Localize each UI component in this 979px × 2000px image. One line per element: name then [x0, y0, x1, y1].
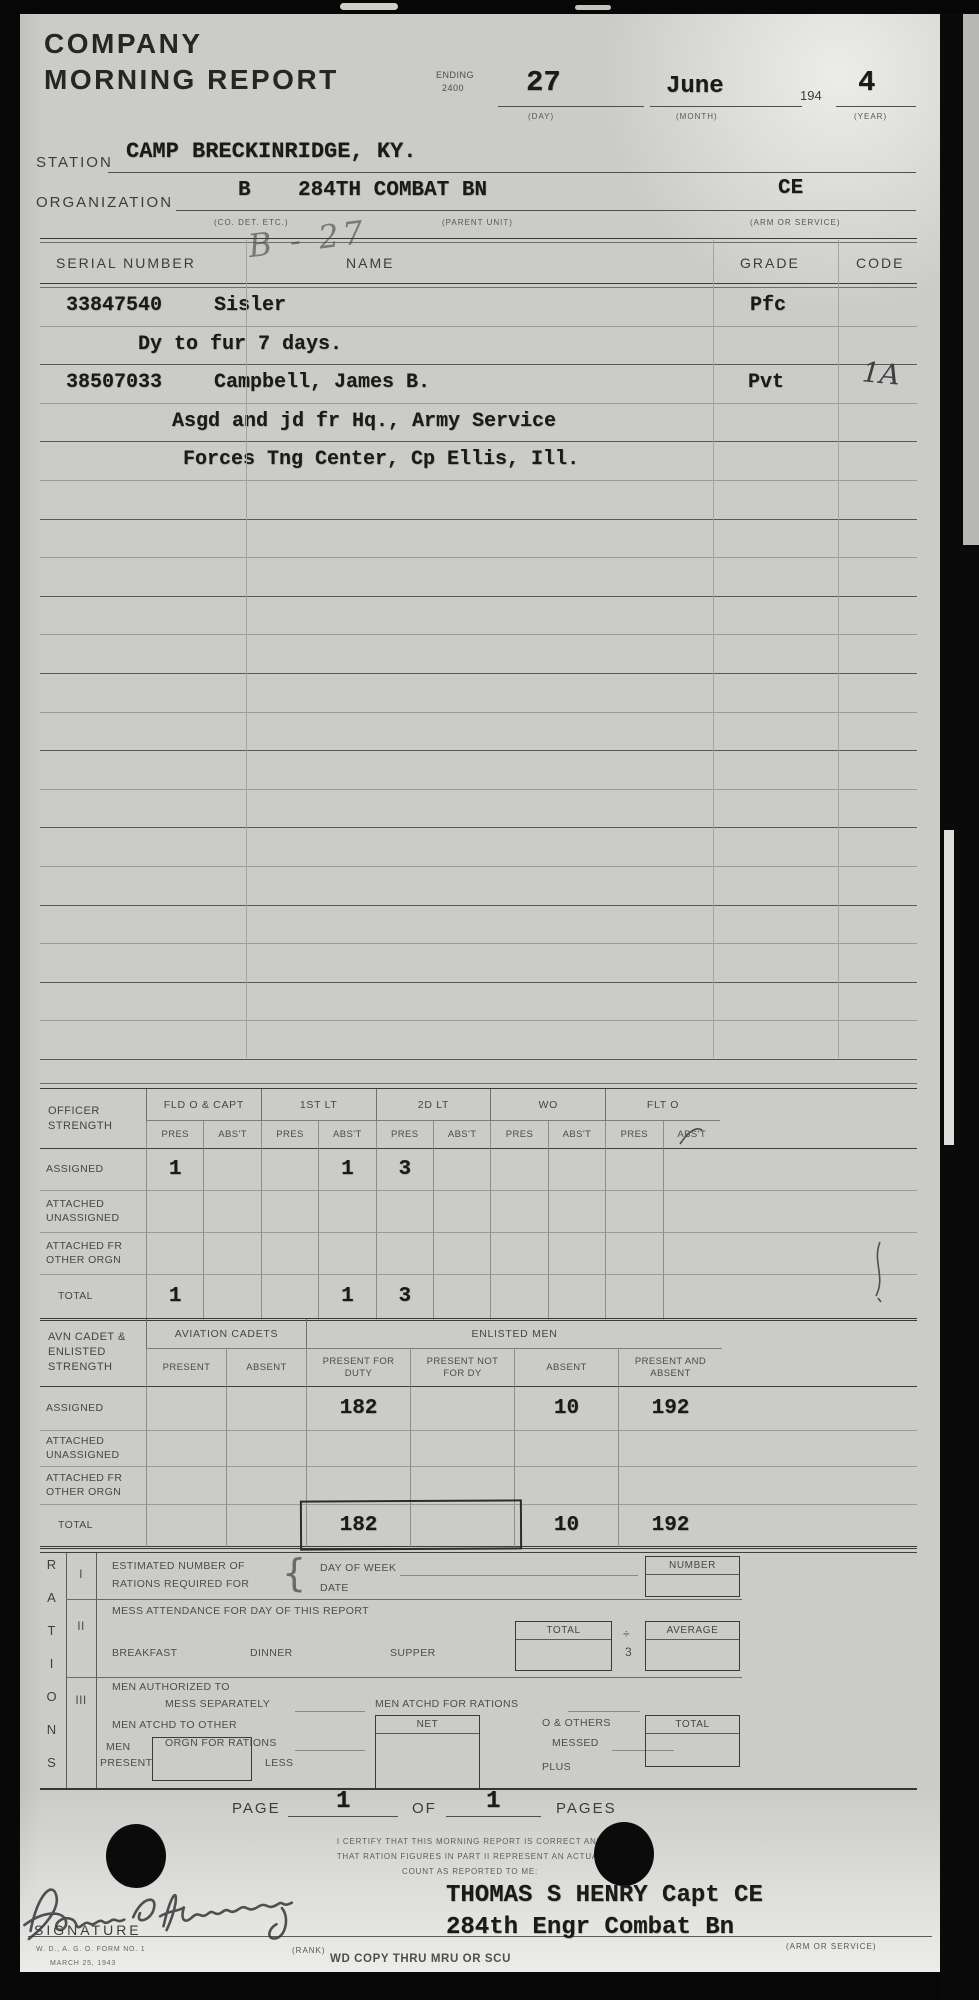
net-box: NET	[375, 1715, 480, 1789]
strength-cell	[226, 1431, 306, 1467]
col-sub-header: PRES	[376, 1121, 433, 1149]
strength-cell	[203, 1275, 260, 1321]
roster-row: Asgd and jd fr Hq., Army Service	[40, 404, 917, 443]
rule-line	[66, 1599, 742, 1600]
roster-table: SERIAL NUMBER NAME GRADE CODE 33847540 S…	[40, 238, 917, 1060]
strength-cell	[306, 1431, 410, 1467]
col-sub-header: PRESENT FOR DUTY	[306, 1349, 410, 1387]
roster-column-divider	[246, 240, 247, 1058]
roster-empty-row	[40, 751, 917, 790]
strength-cell	[433, 1275, 490, 1321]
average-box-label: AVERAGE	[646, 1622, 739, 1640]
plus-label: PLUS	[542, 1761, 571, 1773]
table-margin-cell	[720, 1191, 917, 1233]
form-title-company: COMPANY	[44, 28, 203, 60]
month-underline	[650, 106, 802, 107]
blank-line	[295, 1750, 365, 1751]
roster-empty-row	[40, 944, 917, 983]
col-sub-header: PRES	[605, 1121, 662, 1149]
men-atchd-other-label: MEN ATCHD TO OTHER	[112, 1719, 237, 1731]
col-sub-header: PRES	[146, 1121, 203, 1149]
roster-column-divider	[838, 240, 839, 1058]
o-and-others-label: O & OTHERS	[542, 1717, 611, 1729]
rations-total-box-label: TOTAL	[646, 1716, 739, 1734]
strength-cell	[490, 1149, 547, 1191]
strength-cell: 3	[376, 1149, 433, 1191]
strength-cell	[376, 1233, 433, 1275]
rations-estimated-line1: ESTIMATED NUMBER OF	[112, 1560, 245, 1572]
strength-cell	[663, 1149, 720, 1191]
roster-empty-row	[40, 635, 917, 674]
strength-cell	[548, 1275, 605, 1321]
handwritten-total-box	[300, 1499, 522, 1550]
roster-empty-row	[40, 481, 917, 520]
table-margin-cell	[722, 1467, 917, 1505]
strength-cell	[146, 1431, 226, 1467]
col-sub-header: ABS'T	[318, 1121, 375, 1149]
col-sub-header: ABSENT	[514, 1349, 618, 1387]
number-box-label: NUMBER	[646, 1557, 739, 1575]
strength-row-label: ASSIGNED	[40, 1149, 146, 1191]
rations-date-label: DATE	[320, 1582, 349, 1594]
rations-side-label: RATIONS	[44, 1557, 59, 1788]
less-label: LESS	[265, 1757, 293, 1769]
strength-cell	[410, 1431, 514, 1467]
year-underline	[836, 106, 916, 107]
net-box-label: NET	[376, 1716, 479, 1734]
organization-underline	[176, 210, 916, 211]
officer-col-group: FLD O & CAPT	[146, 1089, 261, 1121]
form-number: W. D., A. G. O. FORM NO. 1	[36, 1946, 145, 1953]
strength-row-label: ASSIGNED	[40, 1387, 146, 1431]
stray-pen-mark	[676, 1122, 706, 1148]
strength-cell: 3	[376, 1275, 433, 1321]
strength-cell	[663, 1233, 720, 1275]
pages-label: PAGES	[556, 1800, 617, 1817]
scan-edge-strip	[944, 830, 954, 1145]
year-prefix: 194	[800, 88, 822, 103]
col-sub-header: PRESENT AND ABSENT	[618, 1349, 722, 1387]
strength-cell	[514, 1431, 618, 1467]
strength-cell	[226, 1467, 306, 1505]
strength-cell	[605, 1191, 662, 1233]
dinner-label: DINNER	[250, 1647, 293, 1659]
page-number-value: 1	[336, 1788, 350, 1815]
scan-edge-top	[0, 0, 979, 14]
strength-row-label: ATTACHED FR OTHER ORGN	[40, 1233, 146, 1275]
day-of-week-blank	[400, 1575, 638, 1576]
station-value: CAMP BRECKINRIDGE, KY.	[126, 139, 416, 164]
breakfast-label: BREAKFAST	[112, 1647, 177, 1659]
strength-cell	[261, 1233, 318, 1275]
col-sub-header: PRESENT NOT FOR DY	[410, 1349, 514, 1387]
organization-parent-sublabel: (PARENT UNIT)	[442, 218, 513, 227]
roster-remark: Dy to fur 7 days.	[138, 333, 342, 356]
messed-label: MESSED	[552, 1737, 599, 1749]
stray-pen-mark	[866, 1238, 892, 1304]
year-value: 4	[858, 66, 875, 99]
col-sub-header: ABS'T	[203, 1121, 260, 1149]
roster-grade: Pvt	[748, 371, 784, 394]
strength-cell	[226, 1505, 306, 1549]
roster-empty-row	[40, 713, 917, 752]
officer-col-group: 1ST LT	[261, 1089, 376, 1121]
organization-label: ORGANIZATION	[36, 194, 173, 211]
organization-arm-sublabel: (ARM OR SERVICE)	[750, 218, 841, 227]
strength-cell	[548, 1149, 605, 1191]
col-sub-header: ABS'T	[433, 1121, 490, 1149]
roster-header-row: SERIAL NUMBER NAME GRADE CODE	[40, 243, 917, 283]
strength-cell: 1	[146, 1275, 203, 1321]
strength-cell: 182	[306, 1387, 410, 1431]
day-underline	[498, 106, 644, 107]
supper-label: SUPPER	[390, 1647, 436, 1659]
signature-label: SIGNATURE	[34, 1922, 142, 1938]
men-atchd-for-rations-label: MEN ATCHD FOR RATIONS	[375, 1698, 518, 1710]
organization-company: B	[238, 179, 251, 202]
roster-rows: 33847540 Sisler Pfc Dy to fur 7 days. 38…	[40, 288, 917, 1060]
strength-cell	[203, 1191, 260, 1233]
number-box: NUMBER	[645, 1556, 740, 1597]
roster-name: Sisler	[214, 294, 286, 317]
average-box: AVERAGE	[645, 1621, 740, 1671]
enlisted-col-group: ENLISTED MEN	[306, 1319, 722, 1349]
strength-cell	[261, 1191, 318, 1233]
table-margin-cell	[722, 1387, 917, 1431]
station-label: STATION	[36, 154, 113, 171]
strength-row-label: ATTACHED UNASSIGNED	[40, 1191, 146, 1233]
roster-header-serial: SERIAL NUMBER	[56, 255, 196, 271]
strength-cell	[410, 1387, 514, 1431]
roster-row: 38507033 Campbell, James B. Pvt 1A	[40, 365, 917, 404]
table-margin-cell	[722, 1505, 917, 1549]
rations-day-of-week-label: DAY OF WEEK	[320, 1562, 396, 1574]
divide-symbol: ÷	[623, 1627, 630, 1641]
ending-label: ENDING	[436, 70, 474, 80]
strength-cell	[318, 1191, 375, 1233]
roster-empty-row	[40, 1021, 917, 1060]
strength-cell	[318, 1233, 375, 1275]
roster-remark: Forces Tng Center, Cp Ellis, Ill.	[183, 448, 579, 471]
strength-cell	[605, 1149, 662, 1191]
men-authorized-label: MEN AUTHORIZED TO	[112, 1681, 230, 1693]
strength-cell	[663, 1275, 720, 1321]
scan-edge-strip	[963, 0, 979, 545]
rations-part3-numeral: III	[66, 1693, 96, 1707]
strength-cell	[618, 1467, 722, 1505]
pages-number-blank	[446, 1816, 541, 1817]
roster-code-handwritten: 1A	[861, 356, 902, 392]
roster-row: Dy to fur 7 days.	[40, 327, 917, 366]
rations-part1-numeral: I	[66, 1567, 96, 1581]
rule-line	[40, 1083, 917, 1084]
strength-cell: 10	[514, 1387, 618, 1431]
month-value: June	[666, 73, 724, 100]
strength-cell	[433, 1149, 490, 1191]
strength-cell	[605, 1233, 662, 1275]
strength-cell	[548, 1233, 605, 1275]
strength-cell	[376, 1191, 433, 1233]
pages-number-value: 1	[486, 1788, 500, 1815]
table-margin-cell	[720, 1089, 917, 1149]
strength-cell	[146, 1233, 203, 1275]
roster-grade: Pfc	[750, 294, 786, 317]
roster-row: Forces Tng Center, Cp Ellis, Ill.	[40, 442, 917, 481]
strength-cell	[203, 1149, 260, 1191]
strength-cell	[203, 1233, 260, 1275]
officer-col-group: WO	[490, 1089, 605, 1121]
day-label: (DAY)	[528, 112, 554, 121]
roster-empty-row	[40, 558, 917, 597]
table-margin-cell	[722, 1431, 917, 1467]
strength-cell	[146, 1505, 226, 1549]
men-label: MEN	[106, 1741, 131, 1753]
strength-cell	[605, 1275, 662, 1321]
strength-row-label: TOTAL	[40, 1505, 146, 1549]
table-margin-cell	[722, 1319, 917, 1387]
divisor-value: 3	[625, 1645, 632, 1659]
strength-row-label: TOTAL	[40, 1275, 146, 1321]
roster-empty-row	[40, 520, 917, 559]
strength-cell: 1	[318, 1149, 375, 1191]
strength-cell	[548, 1191, 605, 1233]
table-margin-cell	[720, 1149, 917, 1191]
strength-cell	[490, 1275, 547, 1321]
strength-cell: 1	[318, 1275, 375, 1321]
roster-row: 33847540 Sisler Pfc	[40, 288, 917, 327]
roster-empty-row	[40, 597, 917, 636]
rations-divider	[66, 1553, 67, 1788]
rule-line	[66, 1677, 742, 1678]
strength-cell	[226, 1387, 306, 1431]
rations-mess-attendance-label: MESS ATTENDANCE FOR DAY OF THIS REPORT	[112, 1605, 369, 1617]
roster-empty-row	[40, 828, 917, 867]
brace-glyph: {	[282, 1551, 306, 1595]
col-sub-header: ABSENT	[226, 1349, 306, 1387]
roster-empty-row	[40, 983, 917, 1022]
roster-header-code: CODE	[856, 255, 904, 271]
rations-total-box: TOTAL	[645, 1715, 740, 1767]
month-label: (MONTH)	[676, 112, 718, 121]
strength-row-label: ATTACHED UNASSIGNED	[40, 1431, 146, 1467]
page-label: PAGE	[232, 1800, 281, 1817]
roster-serial: 33847540	[66, 294, 162, 317]
rank-sublabel: (RANK)	[292, 1946, 326, 1955]
strength-cell	[261, 1275, 318, 1321]
strength-cell	[261, 1149, 318, 1191]
rations-estimated-line2: RATIONS REQUIRED FOR	[112, 1578, 249, 1590]
strength-cell	[490, 1191, 547, 1233]
roster-empty-row	[40, 906, 917, 945]
certifying-officer-unit: 284th Engr Combat Bn	[446, 1914, 734, 1941]
station-underline	[108, 172, 916, 173]
strength-row-label: ATTACHED FR OTHER ORGN	[40, 1467, 146, 1505]
organization-parent-unit: 284TH COMBAT BN	[298, 179, 487, 202]
strength-cell	[433, 1191, 490, 1233]
roster-empty-row	[40, 867, 917, 906]
distribution-note: WD COPY THRU MRU OR SCU	[330, 1953, 511, 1965]
strength-cell	[433, 1233, 490, 1275]
strength-cell	[146, 1191, 203, 1233]
form-date: MARCH 25, 1943	[50, 1960, 116, 1967]
col-sub-header: PRES	[490, 1121, 547, 1149]
roster-empty-row	[40, 674, 917, 713]
strength-cell	[146, 1387, 226, 1431]
mess-total-box-label: TOTAL	[516, 1622, 611, 1640]
scan-edge-bottom	[0, 1972, 979, 2000]
certifying-officer-name: THOMAS S HENRY Capt CE	[446, 1882, 763, 1909]
day-value: 27	[526, 66, 561, 99]
blank-line	[295, 1711, 365, 1712]
officer-col-group: 2D LT	[376, 1089, 491, 1121]
rations-divider	[96, 1553, 97, 1788]
roster-header-grade: GRADE	[740, 255, 800, 271]
roster-serial: 38507033	[66, 371, 162, 394]
organization-arm: CE	[778, 177, 803, 200]
year-label: (YEAR)	[854, 112, 887, 121]
scan-speck	[340, 3, 398, 10]
col-sub-header: ABS'T	[548, 1121, 605, 1149]
officer-col-group: FLT O	[605, 1089, 720, 1121]
strength-cell: 1	[146, 1149, 203, 1191]
strength-cell	[618, 1431, 722, 1467]
enlisted-strength-title: AVN CADET & ENLISTED STRENGTH	[40, 1319, 146, 1387]
ending-time: 2400	[442, 83, 464, 93]
officer-strength-table: OFFICER STRENGTH FLD O & CAPT 1ST LT 2D …	[40, 1088, 917, 1321]
present-label: PRESENT	[100, 1757, 152, 1769]
strength-cell: 192	[618, 1387, 722, 1431]
punch-hole	[594, 1822, 654, 1886]
form-title-morning-report: MORNING REPORT	[44, 64, 339, 96]
arm-service-sublabel: (ARM OR SERVICE)	[786, 1942, 877, 1951]
roster-header-name: NAME	[346, 255, 394, 271]
strength-cell	[146, 1467, 226, 1505]
mess-separately-label: MESS SEPARATELY	[165, 1698, 270, 1710]
mess-total-box: TOTAL	[515, 1621, 612, 1671]
officer-strength-title: OFFICER STRENGTH	[40, 1089, 146, 1149]
men-present-box	[152, 1737, 252, 1781]
roster-empty-row	[40, 790, 917, 829]
scan-speck	[575, 5, 611, 10]
col-sub-header: PRESENT	[146, 1349, 226, 1387]
of-label: OF	[412, 1800, 437, 1817]
strength-cell: 10	[514, 1505, 618, 1549]
blank-line	[568, 1711, 640, 1712]
page-number-blank	[288, 1816, 398, 1817]
strength-cell: 192	[618, 1505, 722, 1549]
rations-section: RATIONS I II III ESTIMATED NUMBER OF RAT…	[40, 1552, 917, 1790]
roster-remark: Asgd and jd fr Hq., Army Service	[172, 410, 556, 433]
strength-cell	[514, 1467, 618, 1505]
strength-cell	[490, 1233, 547, 1275]
scanned-morning-report: COMPANY MORNING REPORT ENDING 2400 27 (D…	[0, 0, 979, 2000]
rations-part2-numeral: II	[66, 1619, 96, 1633]
col-sub-header: PRES	[261, 1121, 318, 1149]
enlisted-col-group: AVIATION CADETS	[146, 1319, 306, 1349]
strength-cell	[663, 1191, 720, 1233]
roster-column-divider	[713, 240, 714, 1058]
